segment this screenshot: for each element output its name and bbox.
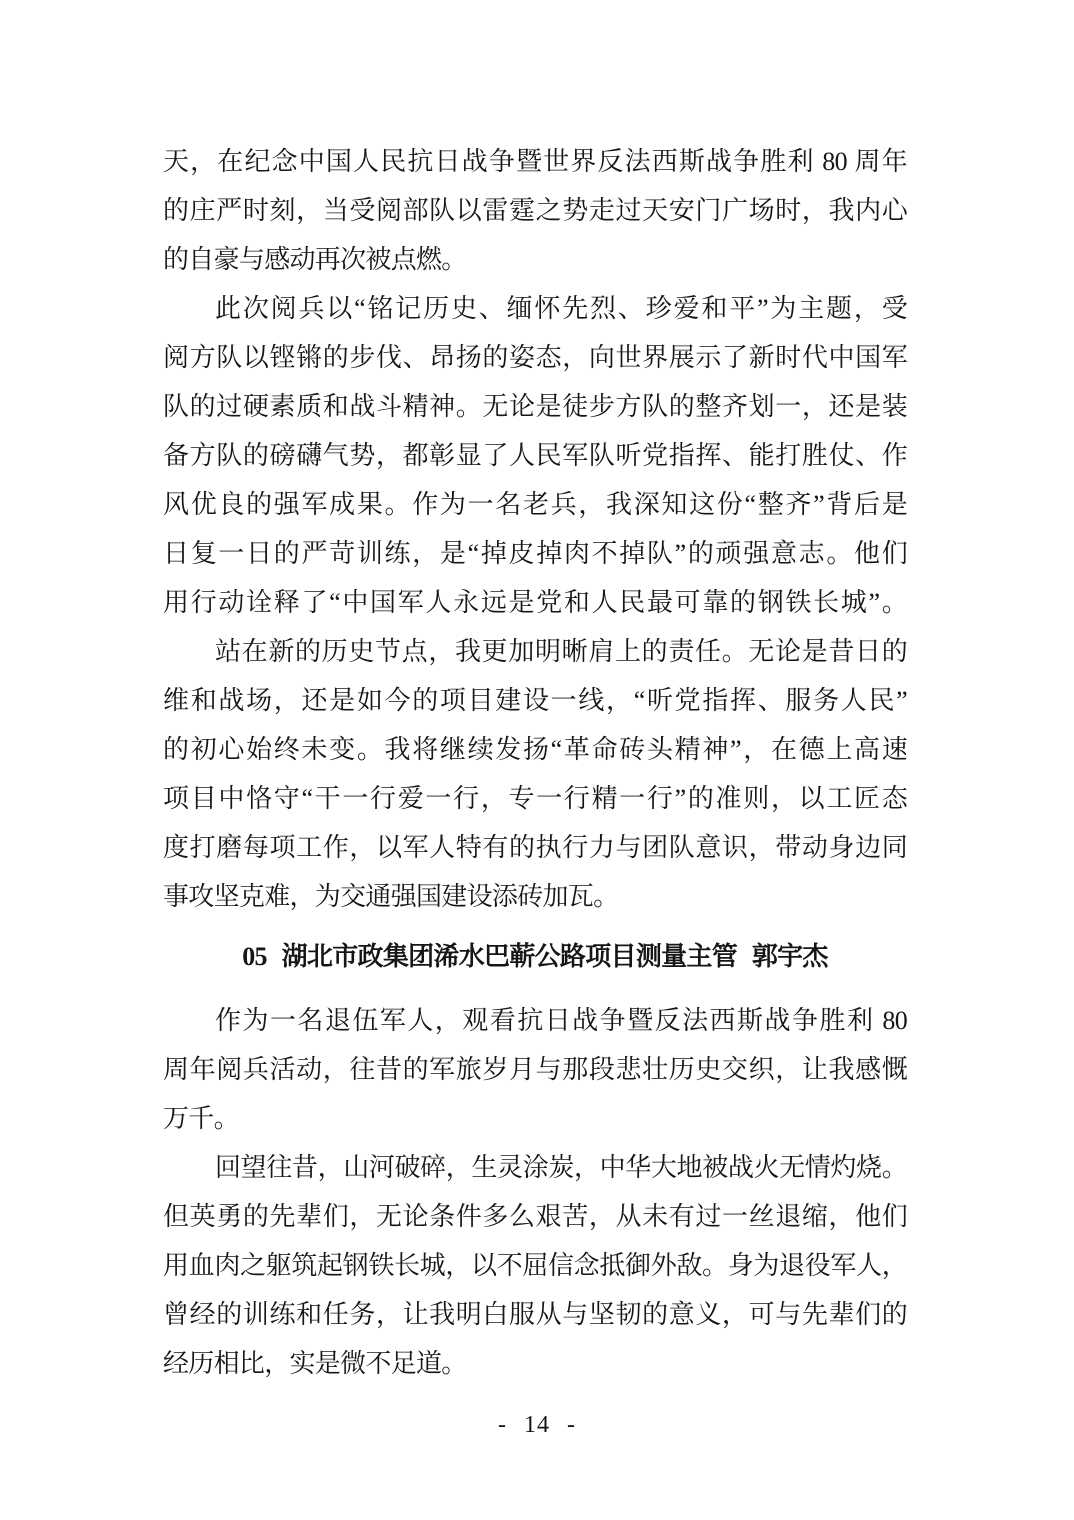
text-line: 万千。 bbox=[163, 1094, 907, 1143]
text-line: 事攻坚克难，为交通强国建设添砖加瓦。 bbox=[163, 872, 907, 921]
text-line: 但英勇的先辈们，无论条件多么艰苦，从未有过一丝退缩，他们 bbox=[163, 1192, 907, 1241]
text-line: 经历相比，实是微不足道。 bbox=[163, 1339, 907, 1388]
text-line: 队的过硬素质和战斗精神。无论是徒步方队的整齐划一，还是装 bbox=[163, 382, 907, 431]
document-body: 天，在纪念中国人民抗日战争暨世界反法西斯战争胜利 80 周年 的庄严时刻，当受阅… bbox=[163, 137, 907, 1388]
paragraph: 站在新的历史节点，我更加明晰肩上的责任。无论是昔日的 维和战场，还是如今的项目建… bbox=[163, 627, 907, 921]
text-line: 备方队的磅礴气势，都彰显了人民军队听党指挥、能打胜仗、作 bbox=[163, 431, 907, 480]
text-line: 此次阅兵以“铭记历史、缅怀先烈、珍爱和平”为主题，受 bbox=[163, 284, 907, 333]
text-line: 用血肉之躯筑起钢铁长城，以不屈信念抵御外敌。身为退役军人， bbox=[163, 1241, 907, 1290]
text-line: 维和战场，还是如今的项目建设一线，“听党指挥、服务人民” bbox=[163, 676, 907, 725]
paragraph: 天，在纪念中国人民抗日战争暨世界反法西斯战争胜利 80 周年 的庄严时刻，当受阅… bbox=[163, 137, 907, 284]
text-line: 曾经的训练和任务，让我明白服从与坚韧的意义，可与先辈们的 bbox=[163, 1290, 907, 1339]
text-line: 用行动诠释了“中国军人永远是党和人民最可靠的钢铁长城”。 bbox=[163, 578, 907, 627]
text-line: 风优良的强军成果。作为一名老兵，我深知这份“整齐”背后是 bbox=[163, 480, 907, 529]
text-line: 项目中恪守“干一行爱一行，专一行精一行”的准则，以工匠态 bbox=[163, 774, 907, 823]
text-line: 度打磨每项工作，以军人特有的执行力与团队意识，带动身边同 bbox=[163, 823, 907, 872]
paragraph: 此次阅兵以“铭记历史、缅怀先烈、珍爱和平”为主题，受 阅方队以铿锵的步伐、昂扬的… bbox=[163, 284, 907, 627]
text-line: 站在新的历史节点，我更加明晰肩上的责任。无论是昔日的 bbox=[163, 627, 907, 676]
page-number: - 14 - bbox=[0, 1410, 1074, 1440]
text-line: 周年阅兵活动，往昔的军旅岁月与那段悲壮历史交织，让我感慨 bbox=[163, 1045, 907, 1094]
text-line: 的自豪与感动再次被点燃。 bbox=[163, 235, 907, 284]
section-heading: 05 湖北市政集团浠水巴蕲公路项目测量主管 郭宇杰 bbox=[163, 932, 907, 981]
text-line: 阅方队以铿锵的步伐、昂扬的姿态，向世界展示了新时代中国军 bbox=[163, 333, 907, 382]
text-line: 的初心始终未变。我将继续发扬“革命砖头精神”，在德上高速 bbox=[163, 725, 907, 774]
document-page: 天，在纪念中国人民抗日战争暨世界反法西斯战争胜利 80 周年 的庄严时刻，当受阅… bbox=[0, 0, 1074, 1520]
text-line: 作为一名退伍军人，观看抗日战争暨反法西斯战争胜利 80 bbox=[163, 996, 907, 1045]
text-line: 回望往昔，山河破碎，生灵涂炭，中华大地被战火无情灼烧。 bbox=[163, 1143, 907, 1192]
paragraph: 作为一名退伍军人，观看抗日战争暨反法西斯战争胜利 80 周年阅兵活动，往昔的军旅… bbox=[163, 996, 907, 1143]
text-line: 日复一日的严苛训练，是“掉皮掉肉不掉队”的顽强意志。他们 bbox=[163, 529, 907, 578]
paragraph: 回望往昔，山河破碎，生灵涂炭，中华大地被战火无情灼烧。 但英勇的先辈们，无论条件… bbox=[163, 1143, 907, 1388]
text-line: 天，在纪念中国人民抗日战争暨世界反法西斯战争胜利 80 周年 bbox=[163, 137, 907, 186]
text-line: 的庄严时刻，当受阅部队以雷霆之势走过天安门广场时，我内心 bbox=[163, 186, 907, 235]
